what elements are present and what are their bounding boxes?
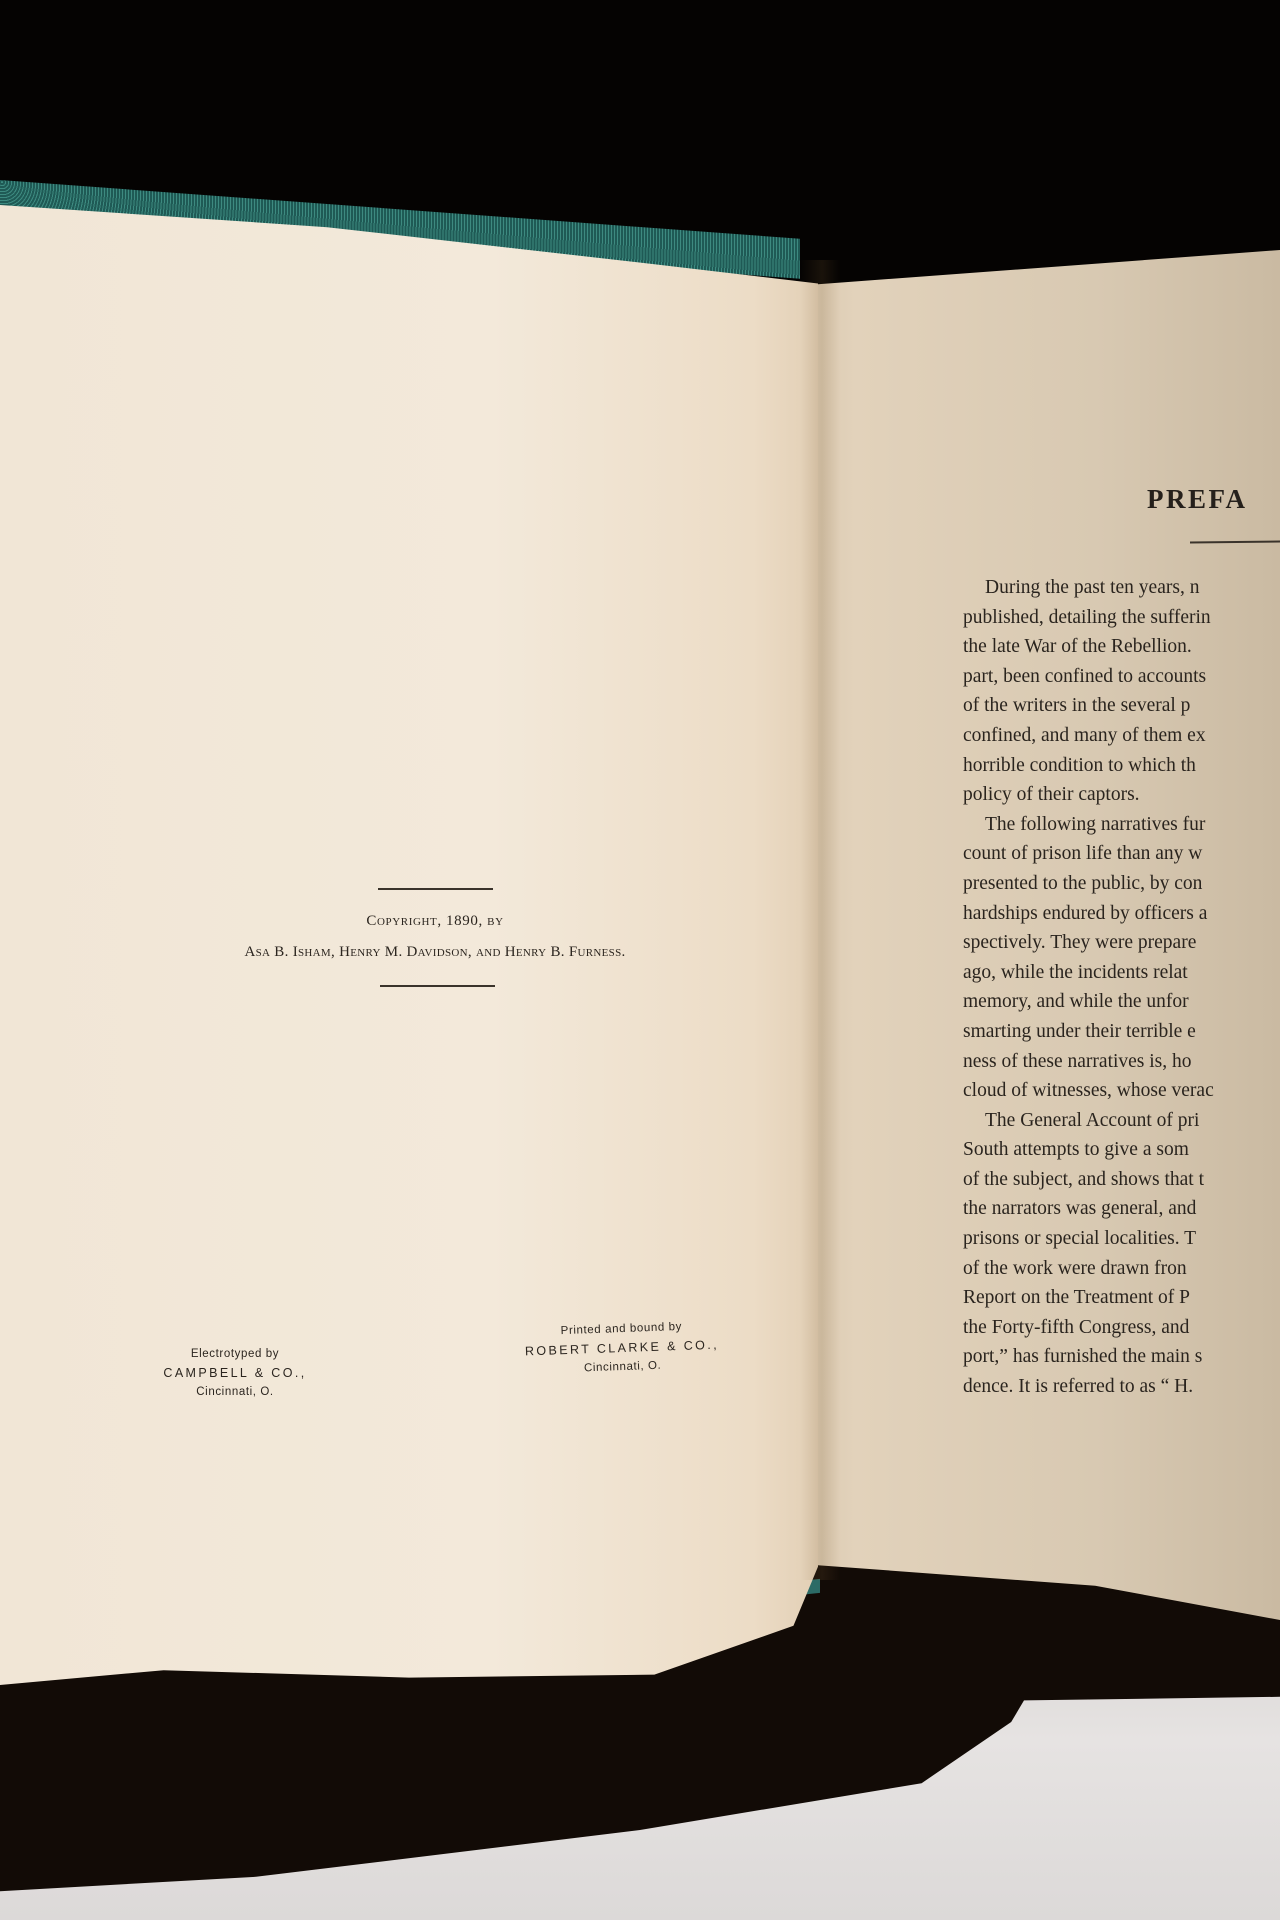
printer-credit: Printed and bound by ROBERT CLARKE & CO.… xyxy=(521,1317,723,1380)
preface-line: published, detailing the sufferin xyxy=(963,603,1280,633)
preface-line: the late War of the Rebellion. xyxy=(963,632,1280,662)
electrotyper-name: CAMPBELL & CO., xyxy=(140,1363,330,1383)
preface-line: part, been confined to accounts xyxy=(963,662,1280,692)
preface-line: memory, and while the unfor xyxy=(963,987,1280,1017)
electrotyper-city: Cincinnati, O. xyxy=(140,1383,330,1401)
preface-line: horrible condition to which th xyxy=(963,751,1280,781)
gutter xyxy=(800,260,840,1580)
preface-line: confined, and many of them ex xyxy=(963,721,1280,751)
preface-line: prisons or special localities. T xyxy=(963,1224,1280,1254)
preface-line: The following narratives fur xyxy=(963,810,1280,840)
preface-line: of the writers in the several p xyxy=(963,691,1280,721)
preface-line: The General Account of pri xyxy=(963,1106,1280,1136)
preface-line: spectively. They were prepare xyxy=(963,928,1280,958)
preface-line: smarting under their terrible e xyxy=(963,1017,1280,1047)
copyright-line: Copyright, 1890, by xyxy=(170,913,700,930)
preface-line: presented to the public, by con xyxy=(963,869,1280,899)
preface-line: Report on the Treatment of P xyxy=(963,1283,1280,1313)
electrotyper-credit: Electrotyped by CAMPBELL & CO., Cincinna… xyxy=(140,1345,330,1401)
preface-line: ness of these narratives is, ho xyxy=(963,1047,1280,1077)
preface-line: port,” has furnished the main s xyxy=(963,1342,1280,1372)
electrotyper-label: Electrotyped by xyxy=(140,1345,330,1363)
preface-line: the Forty-fifth Congress, and xyxy=(963,1313,1280,1343)
preface-line: policy of their captors. xyxy=(963,780,1280,810)
preface-line: South attempts to give a som xyxy=(963,1135,1280,1165)
preface-line: dence. It is referred to as “ H. xyxy=(963,1372,1280,1402)
preface-line: hardships endured by officers a xyxy=(963,899,1280,929)
copyright-authors: Asa B. Isham, Henry M. Davidson, and Hen… xyxy=(170,944,700,961)
preface-line: ago, while the incidents relat xyxy=(963,958,1280,988)
preface-line: cloud of witnesses, whose verac xyxy=(963,1076,1280,1106)
preface-line: of the subject, and shows that t xyxy=(963,1165,1280,1195)
copyright-bottom-rule xyxy=(380,985,495,987)
preface-title: PREFA xyxy=(1147,484,1248,515)
preface-line: count of prison life than any w xyxy=(963,839,1280,869)
preface-body: During the past ten years, n published, … xyxy=(963,573,1280,1402)
copyright-top-rule xyxy=(378,888,493,890)
preface-line: During the past ten years, n xyxy=(963,573,1280,603)
preface-line: the narrators was general, and xyxy=(963,1194,1280,1224)
preface-line: of the work were drawn fron xyxy=(963,1254,1280,1284)
